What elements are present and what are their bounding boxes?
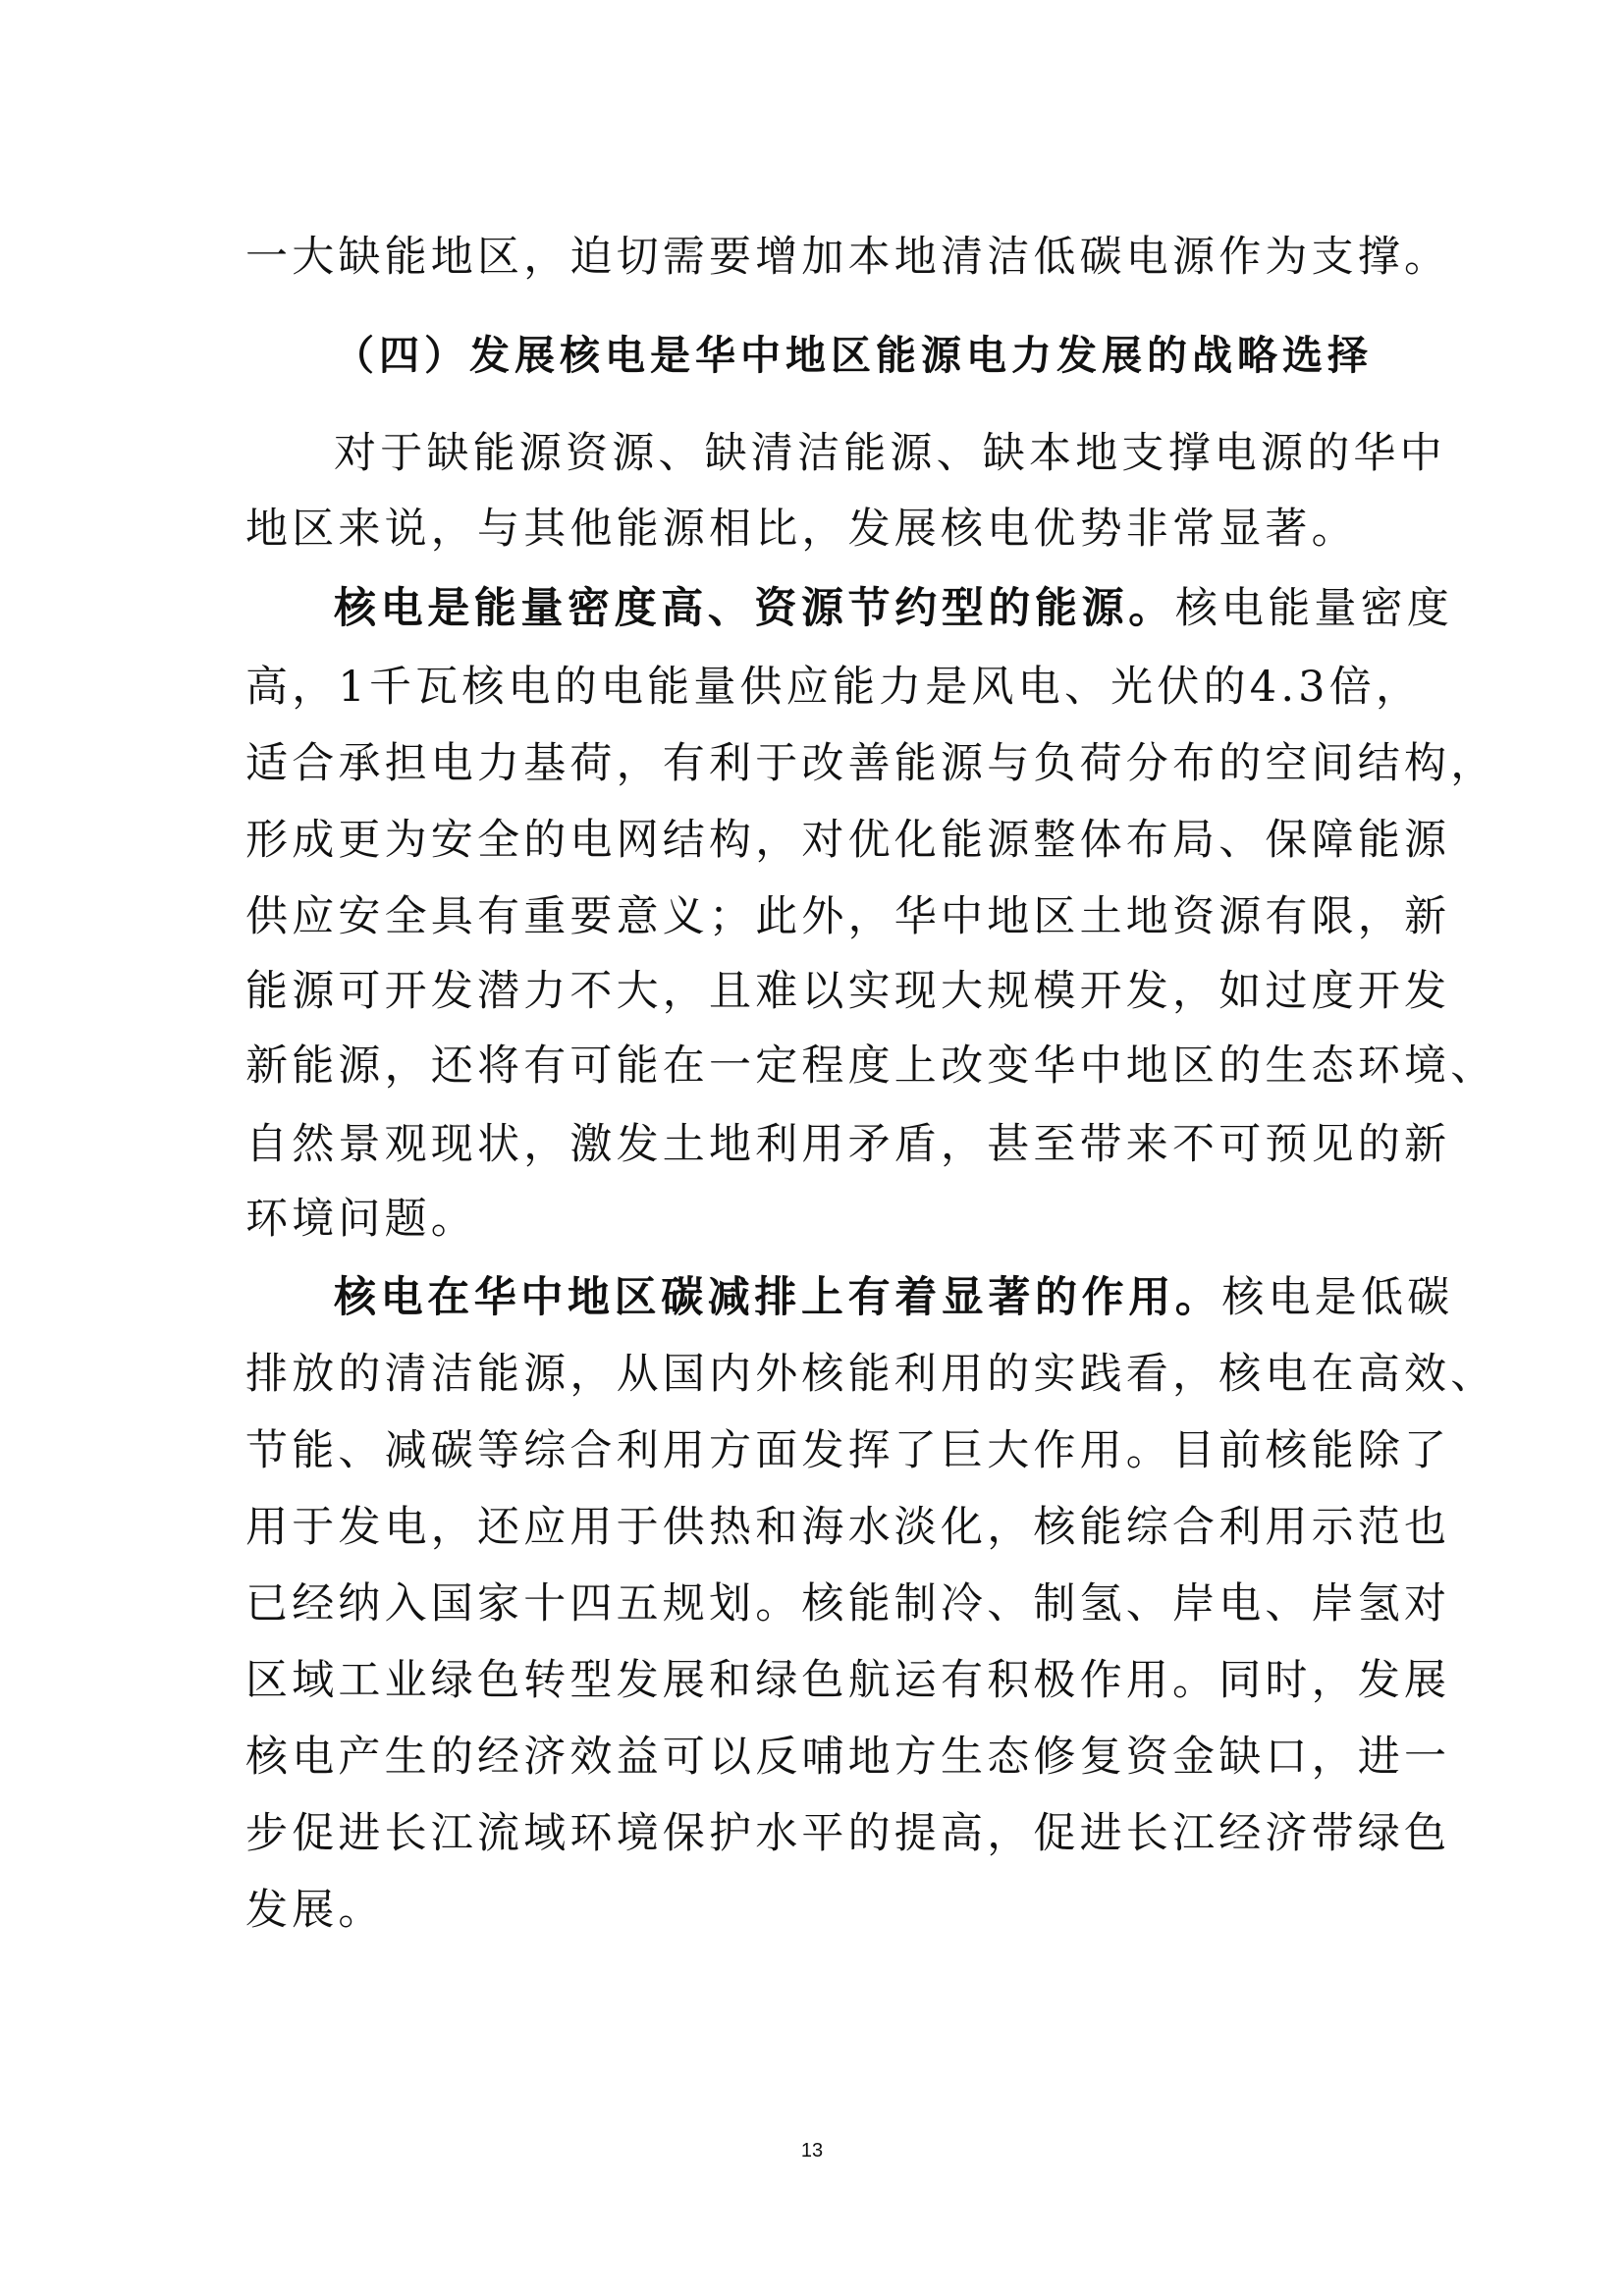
body-line: 新能源，还将有可能在一定程度上改变华中地区的生态环境、 (245, 1028, 1404, 1104)
body-line: 发展。 (245, 1872, 1404, 1949)
document-page: 一大缺能地区，迫切需要增加本地清洁低碳电源作为支撑。 （四）发展核电是华中地区能… (0, 0, 1624, 2296)
body-line: 节能、减碳等综合利用方面发挥了巨大作用。目前核能除了 (245, 1413, 1404, 1489)
body-line: 自然景观现状，激发土地利用矛盾，甚至带来不可预见的新 (245, 1106, 1404, 1183)
page-number: 13 (0, 2140, 1624, 2163)
body-line: 地区来说，与其他能源相比，发展核电优势非常显著。 (245, 491, 1404, 567)
paragraph-lead-bold: 核电在华中地区碳减排上有着显著的作用。 (334, 1273, 1221, 1322)
paragraph-lead-text: 核电是低碳 (1221, 1273, 1453, 1322)
body-line: 步促进长江流域环境保护水平的提高，促进长江经济带绿色 (245, 1795, 1404, 1872)
body-line: 适合承担电力基荷，有利于改善能源与负荷分布的空间结构， (245, 725, 1404, 802)
body-line: 排放的清洁能源，从国内外核能利用的实践看，核电在高效、 (245, 1336, 1404, 1413)
body-line: 用于发电，还应用于供热和海水淡化，核能综合利用示范也 (245, 1489, 1404, 1566)
body-line: 环境问题。 (245, 1181, 1404, 1257)
body-line: 一大缺能地区，迫切需要增加本地清洁低碳电源作为支撑。 (245, 219, 1404, 295)
body-line: 形成更为安全的电网结构，对优化能源整体布局、保障能源 (245, 802, 1404, 879)
body-line: 供应安全具有重要意义；此外，华中地区土地资源有限，新 (245, 879, 1404, 955)
paragraph-lead-bold: 核电是能量密度高、资源节约型的能源。 (334, 584, 1175, 633)
body-line: 能源可开发潜力不大，且难以实现大规模开发，如过度开发 (245, 953, 1404, 1030)
paragraph-lead-line: 核电是能量密度高、资源节约型的能源。核电能量密度 (334, 570, 1492, 647)
section-heading: （四）发展核电是华中地区能源电力发展的战略选择 (334, 317, 1492, 394)
body-line: 核电产生的经济效益可以反哺地方生态修复资金缺口，进一 (245, 1719, 1404, 1795)
body-line: 已经纳入国家十四五规划。核能制冷、制氢、岸电、岸氢对 (245, 1566, 1404, 1642)
body-line: 高，1千瓦核电的电能量供应能力是风电、光伏的4.3倍， (245, 649, 1404, 725)
body-line: 区域工业绿色转型发展和绿色航运有积极作用。同时，发展 (245, 1642, 1404, 1719)
body-line: 对于缺能源资源、缺清洁能源、缺本地支撑电源的华中 (334, 415, 1492, 492)
paragraph-lead-text: 核电能量密度 (1175, 584, 1453, 633)
paragraph-lead-line: 核电在华中地区碳减排上有着显著的作用。核电是低碳 (334, 1259, 1492, 1336)
